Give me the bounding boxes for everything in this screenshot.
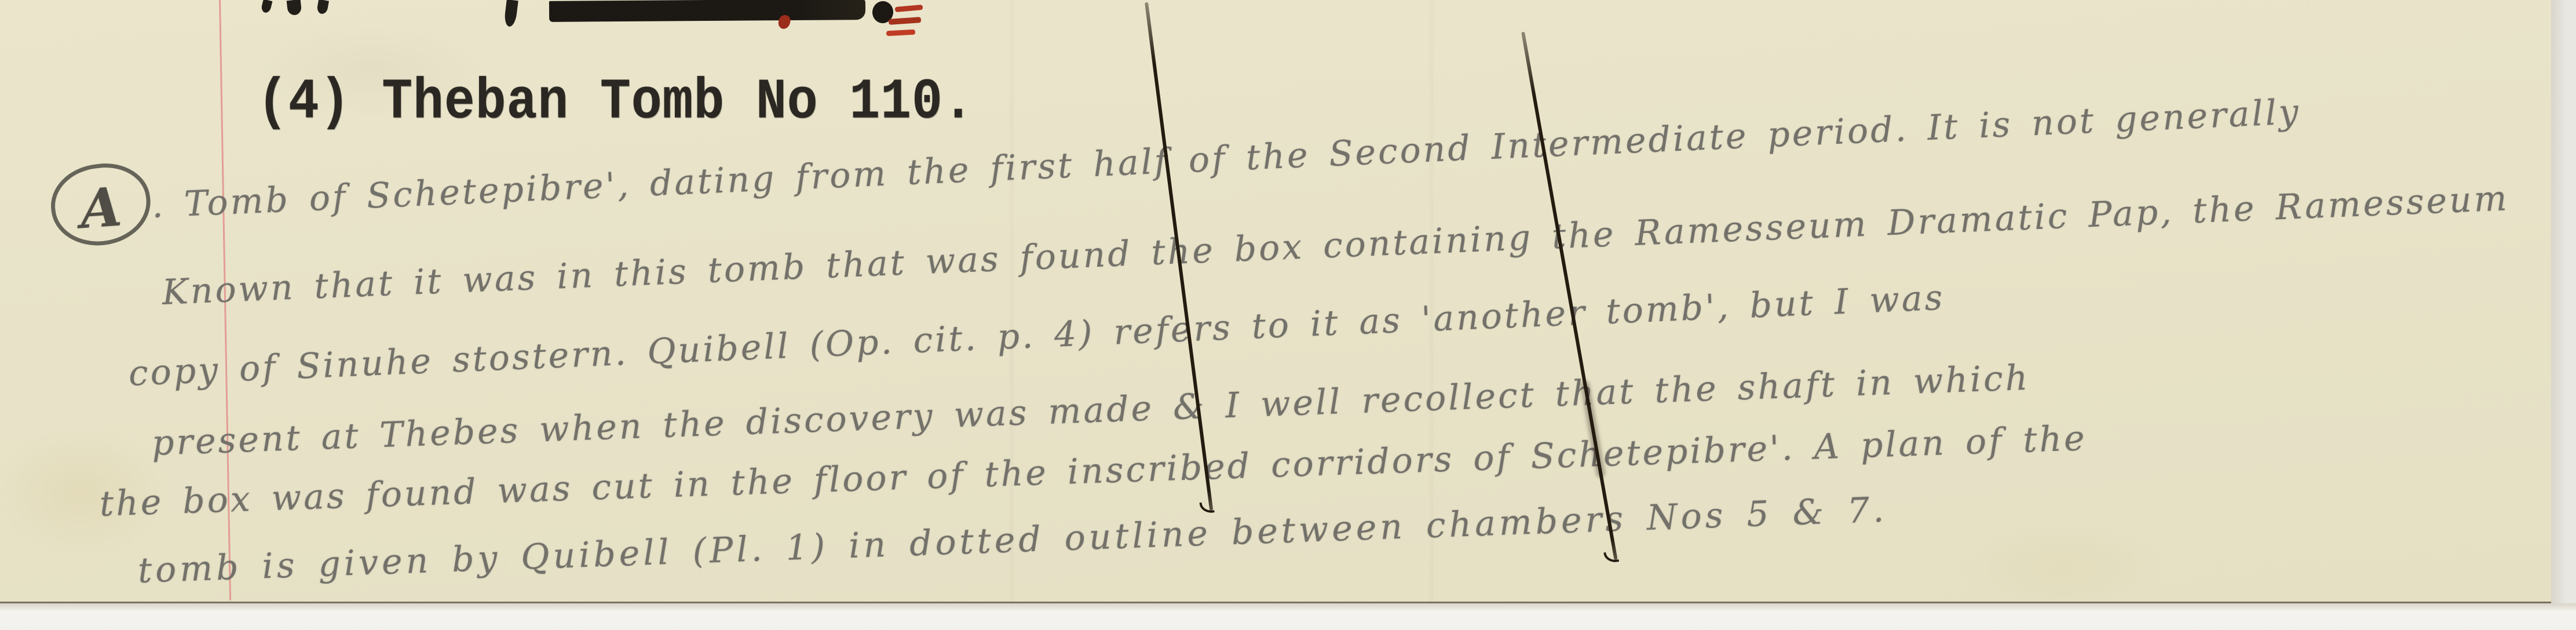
red-tick-mark xyxy=(889,17,922,25)
cropped-typed-glyph xyxy=(503,0,518,27)
red-tick-mark xyxy=(886,30,915,37)
pen-stroke-hook xyxy=(1603,550,1619,564)
paper-crease xyxy=(1011,0,1013,602)
margin-label-letter: A xyxy=(78,176,124,241)
cropped-typed-glyph xyxy=(261,0,273,14)
typed-heading: (4) Theban Tomb No 110. xyxy=(257,71,974,135)
pen-stroke-hook xyxy=(1199,501,1214,514)
paper-sheet: (4) Theban Tomb No 110. A . Tomb of Sche… xyxy=(0,0,2551,603)
cropped-underline-bar xyxy=(549,0,865,22)
red-tick-mark xyxy=(895,5,923,12)
scanned-document: (4) Theban Tomb No 110. A . Tomb of Sche… xyxy=(0,0,2576,630)
cropped-typed-glyph xyxy=(287,0,302,16)
circled-margin-label: A xyxy=(46,158,155,251)
cropped-typed-glyph xyxy=(316,0,329,14)
scanner-background-bottom xyxy=(0,603,2576,630)
scanner-background-right xyxy=(2551,0,2576,603)
